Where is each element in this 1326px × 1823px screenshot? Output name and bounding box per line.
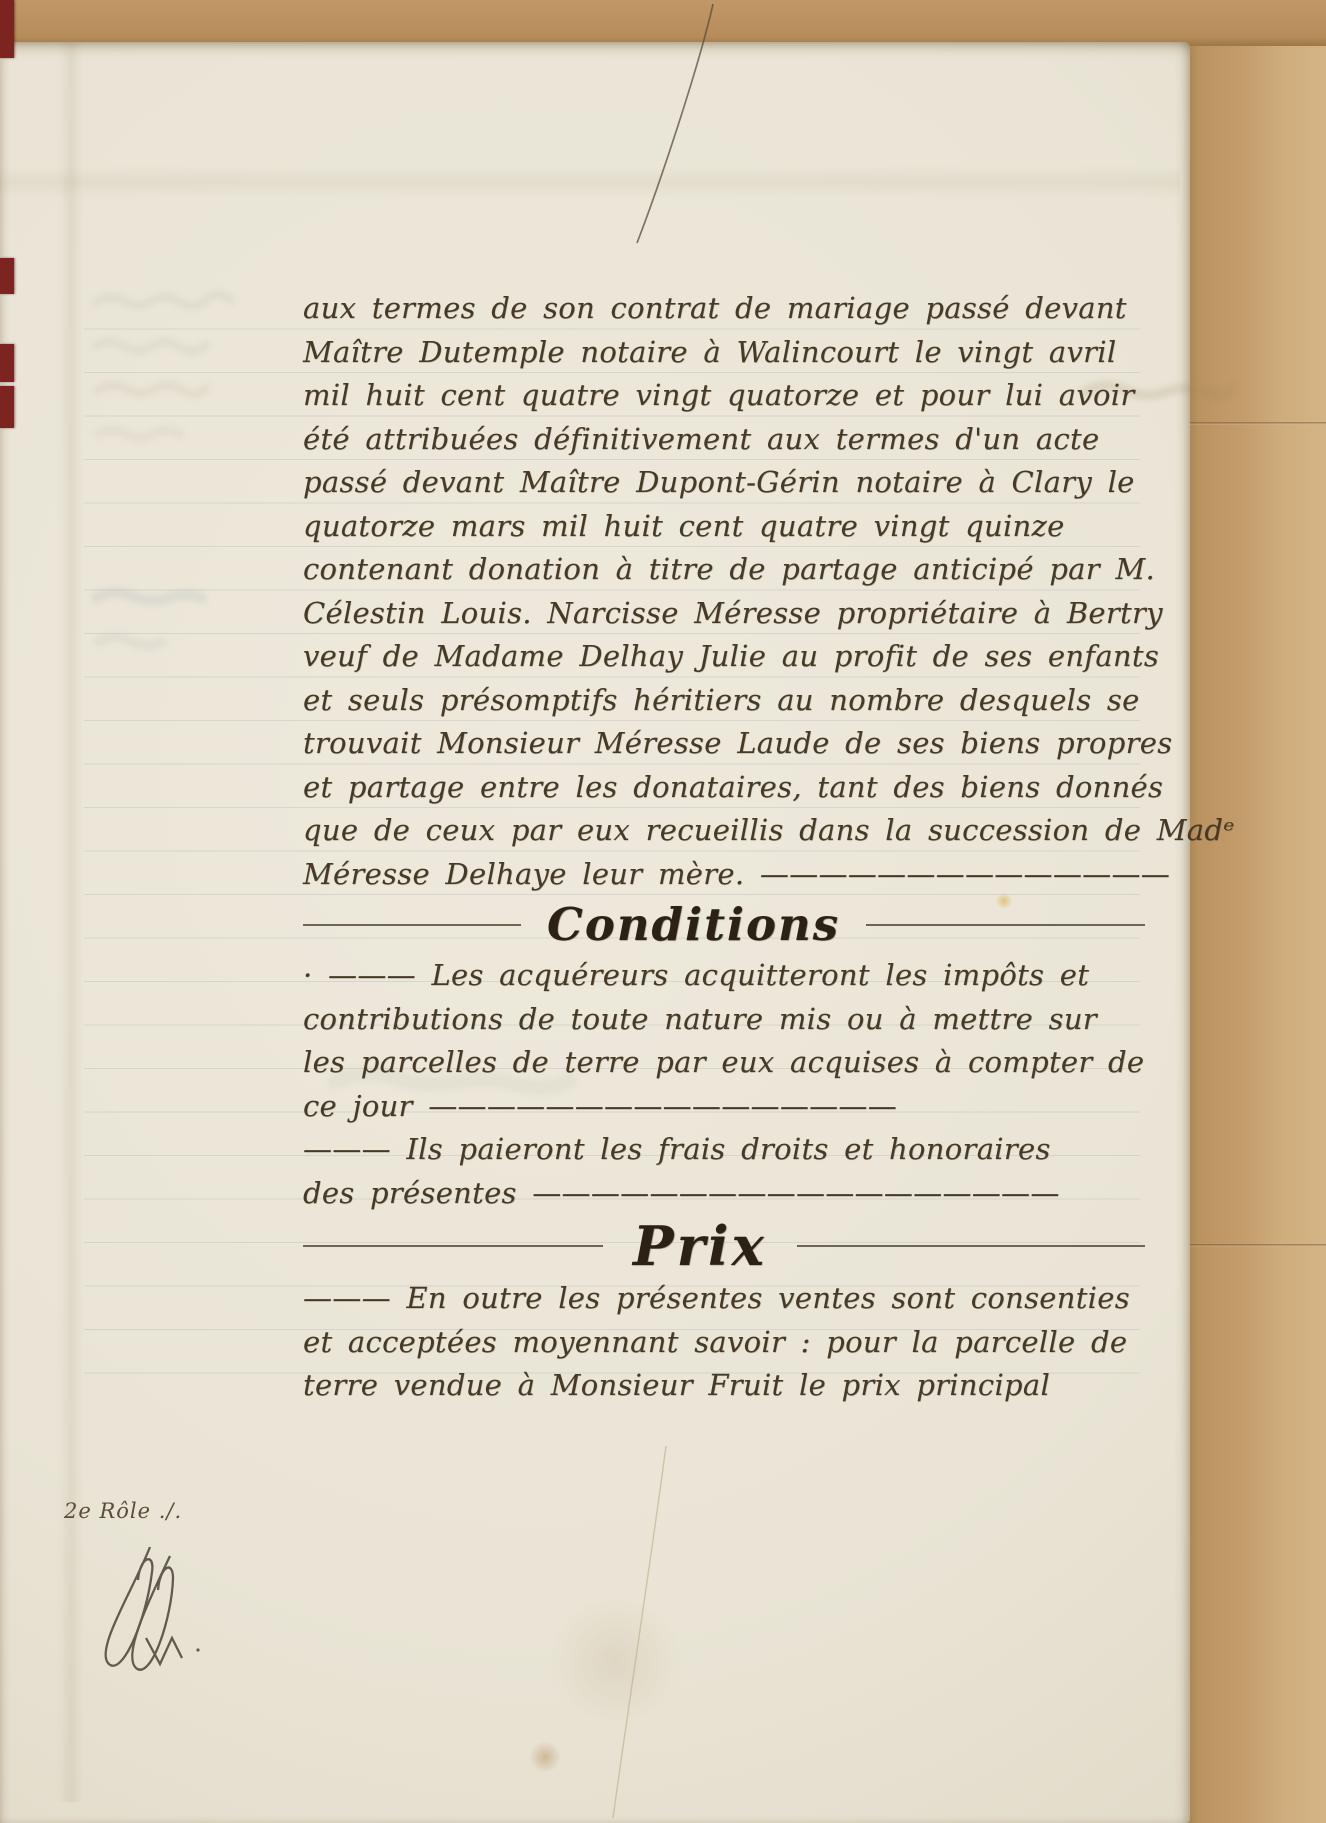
red-binding-mark <box>0 258 14 294</box>
kraft-backing-right <box>1185 0 1326 1823</box>
conditions-heading: Conditions <box>303 896 1145 954</box>
intro-line: veuf de Madame Delhay Julie au profit de… <box>303 635 1145 679</box>
red-binding-mark <box>0 344 14 382</box>
conditions-line: ——— Ils paieront les frais droits et hon… <box>303 1128 1145 1172</box>
intro-line: trouvait Monsieur Méresse Laude de ses b… <box>303 722 1145 766</box>
conditions-line: les parcelles de terre par eux acquises … <box>303 1041 1145 1085</box>
prix-line: terre vendue à Monsieur Fruit le prix pr… <box>303 1364 1145 1408</box>
intro-line: et seuls présomptifs héritiers au nombre… <box>303 679 1145 723</box>
intro-line: été attribuées définitivement aux termes… <box>303 418 1145 462</box>
conditions-line: ce jour ———————————————— <box>303 1085 1145 1129</box>
intro-line: aux termes de son contrat de mariage pas… <box>303 287 1145 331</box>
red-binding-mark <box>0 386 14 428</box>
intro-line: mil huit cent quatre vingt quatorze et p… <box>303 374 1145 418</box>
intro-line: que de ceux par eux recueillis dans la s… <box>303 809 1145 853</box>
margin-note: 2e Rôle ./. <box>64 1498 182 1524</box>
intro-line: et partage entre les donataires, tant de… <box>303 766 1145 810</box>
intro-line: Célestin Louis. Narcisse Méresse proprié… <box>303 592 1145 636</box>
intro-line: passé devant Maître Dupont-Gérin notaire… <box>303 461 1145 505</box>
conditions-line: des présentes —————————————————— <box>303 1172 1145 1216</box>
paper-crease <box>0 165 1180 199</box>
paper-crease <box>58 42 84 1802</box>
conditions-line: contributions de toute nature mis ou à m… <box>303 998 1145 1042</box>
conditions-line: · ——— Les acquéreurs acquitteront les im… <box>303 954 1145 998</box>
paper-stain <box>540 1600 690 1720</box>
document-scan: aux termes de son contrat de mariage pas… <box>0 0 1326 1823</box>
intro-line: Maître Dutemple notaire à Walincourt le … <box>303 331 1145 375</box>
intro-line: contenant donation à titre de partage an… <box>303 548 1145 592</box>
kraft-backing-top <box>0 0 1326 46</box>
prix-heading: Prix <box>303 1215 1145 1277</box>
paper-stain <box>528 1742 562 1772</box>
handwritten-body: aux termes de son contrat de mariage pas… <box>303 287 1145 1408</box>
prix-line: ——— En outre les présentes ventes sont c… <box>303 1277 1145 1321</box>
kraft-crease <box>1185 422 1326 425</box>
kraft-crease <box>1185 1244 1326 1247</box>
intro-line: Méresse Delhaye leur mère. —————————————… <box>303 853 1145 897</box>
intro-line: quatorze mars mil huit cent quatre vingt… <box>303 505 1145 549</box>
red-binding-mark <box>0 0 14 58</box>
prix-line: et acceptées moyennant savoir : pour la … <box>303 1321 1145 1365</box>
